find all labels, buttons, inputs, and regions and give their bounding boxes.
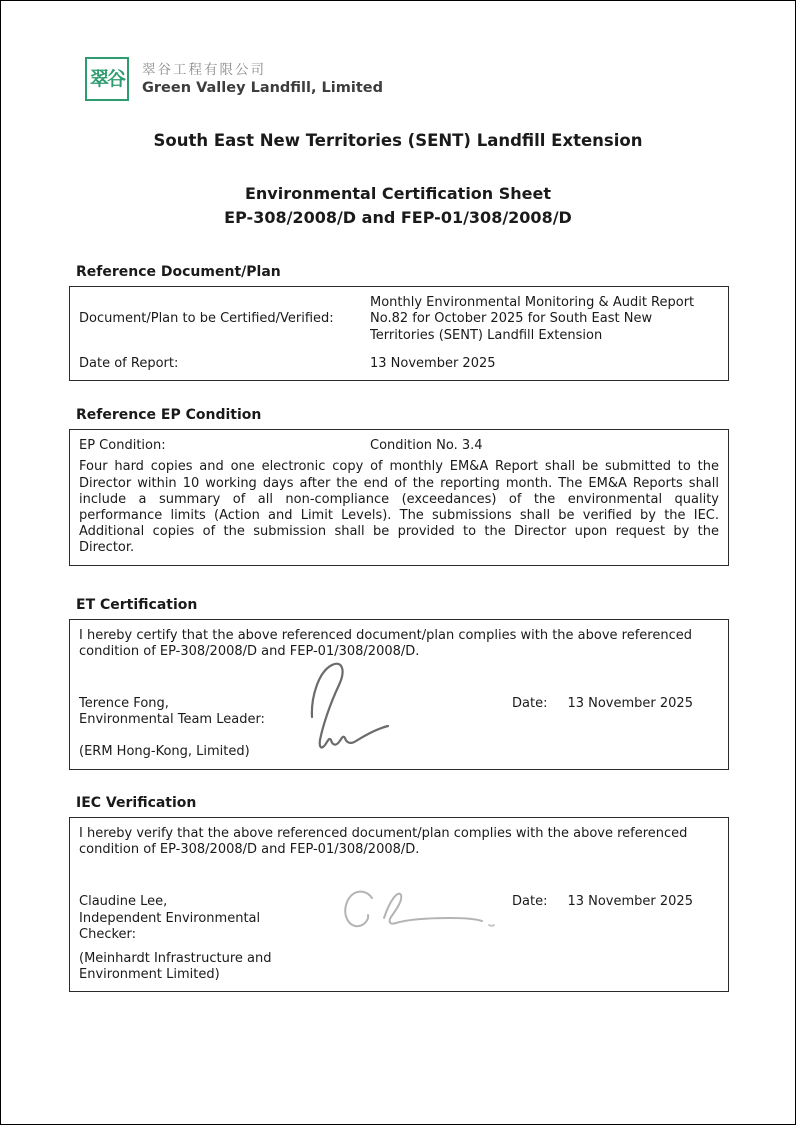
et-signature — [282, 660, 397, 755]
ep-condition-label: EP Condition: — [79, 438, 370, 454]
document-plan-label: Document/Plan to be Certified/Verified: — [79, 311, 370, 327]
sheet-title: Environmental Certification Sheet — [1, 182, 795, 206]
iec-signature — [332, 884, 502, 942]
iec-statement: I hereby verify that the above reference… — [79, 826, 719, 858]
document-subtitle: Environmental Certification Sheet EP-308… — [1, 182, 795, 230]
document-title: South East New Territories (SENT) Landfi… — [1, 131, 795, 151]
et-signatory-title: Environmental Team Leader: — [79, 712, 294, 728]
et-signatory-company: (ERM Hong-Kong, Limited) — [79, 744, 304, 760]
et-statement: I hereby certify that the above referenc… — [79, 628, 719, 660]
reference-document-heading: Reference Document/Plan — [76, 264, 729, 280]
iec-verification-box: I hereby verify that the above reference… — [69, 817, 729, 992]
ep-condition-description: Four hard copies and one electronic copy… — [79, 459, 719, 556]
document-plan-row: Document/Plan to be Certified/Verified: … — [79, 295, 719, 344]
document-plan-value: Monthly Environmental Monitoring & Audit… — [370, 295, 719, 344]
iec-signatory-block: Claudine Lee, Independent Environmental … — [79, 894, 294, 983]
et-date-value: 13 November 2025 — [567, 696, 693, 712]
ep-condition-row: EP Condition: Condition No. 3.4 — [79, 438, 719, 454]
green-valley-logo-icon: 翠谷 — [85, 57, 129, 101]
et-certification-box: I hereby certify that the above referenc… — [69, 619, 729, 770]
ep-condition-box: EP Condition: Condition No. 3.4 Four har… — [69, 429, 729, 565]
iec-signatory-company: (Meinhardt Infrastructure and Environmen… — [79, 951, 304, 983]
document-content: Reference Document/Plan Document/Plan to… — [69, 264, 729, 992]
et-signatory-block: Terence Fong, Environmental Team Leader:… — [79, 696, 294, 760]
date-of-report-row: Date of Report: 13 November 2025 — [79, 356, 719, 372]
permit-numbers: EP-308/2008/D and FEP-01/308/2008/D — [1, 206, 795, 230]
company-name-block: 翠谷工程有限公司 Green Valley Landfill, Limited — [142, 61, 383, 98]
iec-verification-heading: IEC Verification — [76, 795, 729, 811]
iec-signatory-name: Claudine Lee, — [79, 894, 294, 910]
et-date-group: Date: 13 November 2025 — [512, 696, 693, 712]
company-logo: 翠谷 翠谷工程有限公司 Green Valley Landfill, Limit… — [85, 57, 795, 101]
section-iec-verification: IEC Verification I hereby verify that th… — [69, 795, 729, 993]
certification-sheet-page: 翠谷 翠谷工程有限公司 Green Valley Landfill, Limit… — [0, 0, 796, 1125]
date-of-report-value: 13 November 2025 — [370, 356, 719, 372]
iec-date-group: Date: 13 November 2025 — [512, 894, 693, 910]
et-certification-heading: ET Certification — [76, 597, 729, 613]
iec-date-label: Date: — [512, 894, 547, 910]
section-ep-condition: Reference EP Condition EP Condition: Con… — [69, 407, 729, 566]
iec-signatory-title: Independent Environmental Checker: — [79, 911, 294, 943]
company-name-chinese: 翠谷工程有限公司 — [142, 61, 383, 79]
reference-document-box: Document/Plan to be Certified/Verified: … — [69, 286, 729, 381]
et-signatory-name: Terence Fong, — [79, 696, 294, 712]
section-reference-document: Reference Document/Plan Document/Plan to… — [69, 264, 729, 381]
iec-date-value: 13 November 2025 — [567, 894, 693, 910]
ep-condition-heading: Reference EP Condition — [76, 407, 729, 423]
ep-condition-value: Condition No. 3.4 — [370, 438, 719, 454]
company-name-english: Green Valley Landfill, Limited — [142, 79, 383, 98]
section-et-certification: ET Certification I hereby certify that t… — [69, 597, 729, 770]
et-date-label: Date: — [512, 696, 547, 712]
date-of-report-label: Date of Report: — [79, 356, 370, 372]
